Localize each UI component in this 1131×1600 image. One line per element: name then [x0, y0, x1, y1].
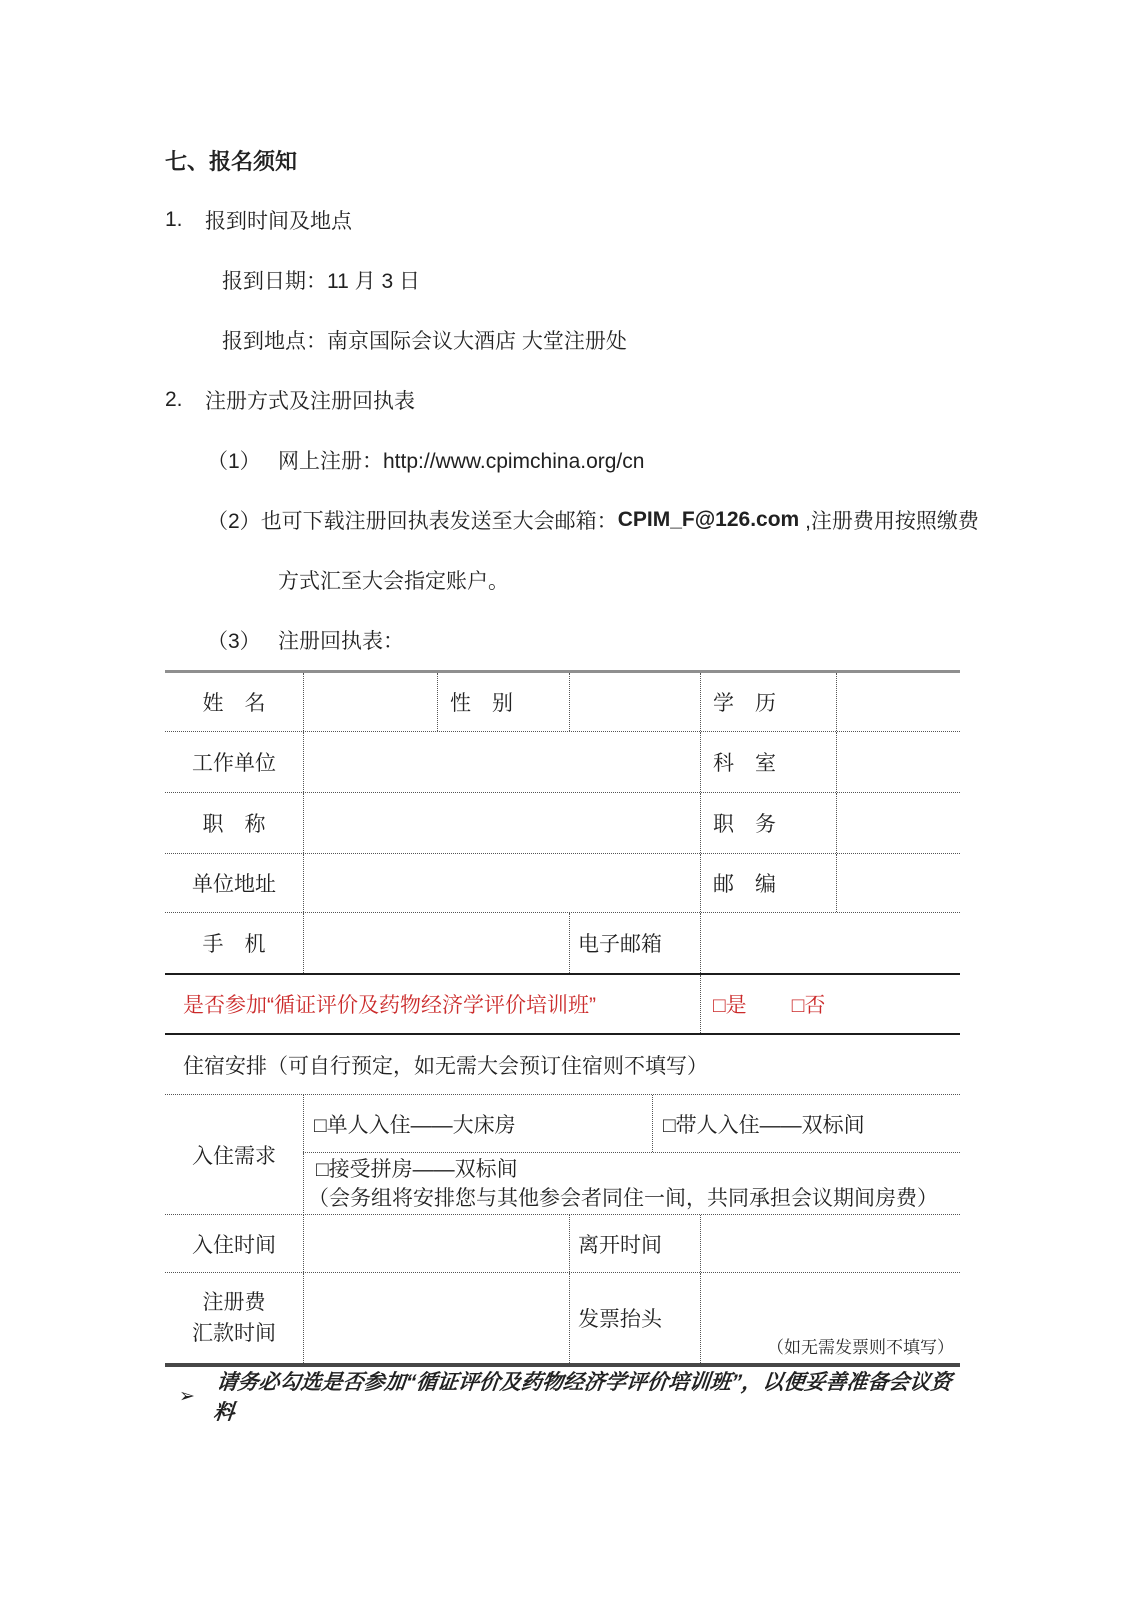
- email-input-cell[interactable]: [700, 913, 960, 973]
- checkout-input-cell[interactable]: [700, 1215, 960, 1272]
- address-input-cell[interactable]: [303, 854, 700, 912]
- zip-input-cell[interactable]: [836, 854, 960, 912]
- table-row-address-zip: 单位地址 邮 编: [165, 854, 960, 913]
- training-yes-checkbox[interactable]: □是: [713, 989, 747, 1019]
- sub-item-1: （1）网上注册：http://www.cpimchina.org/cn: [165, 430, 960, 490]
- checkin-label: 入住时间: [165, 1215, 303, 1272]
- table-row-mobile-email: 手 机 电子邮箱: [165, 913, 960, 975]
- online-registration-url-text: 网上注册：http://www.cpimchina.org/cn: [278, 445, 644, 475]
- address-label: 单位地址: [165, 854, 303, 912]
- mobile-input-cell[interactable]: [303, 913, 569, 973]
- title-label: 职 称: [165, 793, 303, 853]
- gender-label: 性 别: [437, 673, 569, 731]
- document-page: 七、报名须知 1.报到时间及地点 报到日期：11 月 3 日 报到地点：南京国际…: [0, 0, 1131, 1600]
- training-question-text: 是否参加“循证评价及药物经济学评价培训班”: [165, 975, 700, 1033]
- name-label: 姓 名: [165, 673, 303, 731]
- double-room-checkbox[interactable]: □带人入住——双标间: [652, 1095, 960, 1152]
- regfee-label-line2: 汇款时间: [192, 1318, 276, 1349]
- report-date-text: 报到日期：11 月 3 日: [222, 265, 420, 295]
- accommodation-header-text: 住宿安排（可自行预定，如无需大会预订住宿则不填写）: [165, 1035, 960, 1094]
- share-room-note: （会务组将安排您与其他参会者同住一间，共同承担会议期间房费）: [308, 1184, 960, 1213]
- workunit-label: 工作单位: [165, 732, 303, 792]
- position-label: 职 务: [700, 793, 836, 853]
- title-input-cell[interactable]: [303, 793, 700, 853]
- conference-email-text: CPIM_F@126.com: [618, 508, 800, 532]
- regfee-label: 注册费 汇款时间: [165, 1273, 303, 1363]
- stay-need-options: □单人入住——大床房 □带人入住——双标间 □接受拼房——双标间 （会务组将安排…: [303, 1095, 960, 1215]
- sub-item-3-text: 注册回执表：: [278, 625, 404, 655]
- document-content: 七、报名须知 1.报到时间及地点 报到日期：11 月 3 日 报到地点：南京国际…: [0, 0, 960, 1420]
- arrow-bullet-icon: ➢: [179, 1385, 212, 1408]
- workunit-input-cell[interactable]: [303, 732, 700, 792]
- training-choices-cell: □是 □否: [700, 975, 960, 1033]
- gender-input-cell[interactable]: [569, 673, 700, 731]
- share-room-option-cell: □接受拼房——双标间 （会务组将安排您与其他参会者同住一间，共同承担会议期间房费…: [303, 1153, 960, 1215]
- department-input-cell[interactable]: [836, 732, 960, 792]
- list-item-1-text: 报到时间及地点: [205, 205, 352, 235]
- education-label: 学 历: [700, 673, 836, 731]
- list-item-1: 1.报到时间及地点: [165, 190, 960, 250]
- table-row-workunit-department: 工作单位 科 室: [165, 732, 960, 793]
- training-no-checkbox[interactable]: □否: [792, 989, 826, 1019]
- invoice-input-cell[interactable]: （如无需发票则不填写）: [700, 1273, 960, 1363]
- sub-item-2-prefix: 也可下载注册回执表发送至大会邮箱：: [261, 505, 618, 535]
- checkout-label: 离开时间: [569, 1215, 700, 1272]
- list-item-2-marker: 2.: [165, 388, 205, 412]
- table-row-name-gender-education: 姓 名 性 别 学 历: [165, 673, 960, 732]
- footer-reminder: ➢ 请务必勾选是否参加“循证评价及药物经济学评价培训班”，以便妥善准备会议资料: [165, 1372, 960, 1420]
- footer-reminder-text: 请务必勾选是否参加“循证评价及药物经济学评价培训班”，以便妥善准备会议资料: [212, 1366, 967, 1426]
- regfee-label-line1: 注册费: [203, 1287, 266, 1318]
- section-heading-text: 七、报名须知: [165, 145, 297, 176]
- sub-item-1-marker: （1）: [207, 445, 278, 475]
- list-item-2-text: 注册方式及注册回执表: [205, 385, 415, 415]
- zip-label: 邮 编: [700, 854, 836, 912]
- report-date-line: 报到日期：11 月 3 日: [165, 250, 960, 310]
- report-place-text: 报到地点：南京国际会议大酒店 大堂注册处: [222, 325, 627, 355]
- email-label: 电子邮箱: [569, 913, 700, 973]
- education-input-cell[interactable]: [836, 673, 960, 731]
- sub-item-3: （3）注册回执表：: [165, 610, 960, 670]
- sub-item-3-marker: （3）: [207, 625, 278, 655]
- stay-need-label: 入住需求: [165, 1095, 303, 1215]
- invoice-note-text: （如无需发票则不填写）: [767, 1333, 954, 1358]
- list-item-2: 2.注册方式及注册回执表: [165, 370, 960, 430]
- table-row-stay-need: 入住需求 □单人入住——大床房 □带人入住——双标间 □接受拼房——双标间 （会…: [165, 1095, 960, 1215]
- regfee-input-cell[interactable]: [303, 1273, 569, 1363]
- department-label: 科 室: [700, 732, 836, 792]
- table-row-title-position: 职 称 职 务: [165, 793, 960, 854]
- table-row-checkin-checkout: 入住时间 离开时间: [165, 1215, 960, 1273]
- name-input-cell[interactable]: [303, 673, 437, 731]
- report-place-line: 报到地点：南京国际会议大酒店 大堂注册处: [165, 310, 960, 370]
- share-room-checkbox[interactable]: □接受拼房——双标间: [308, 1155, 960, 1184]
- mobile-label: 手 机: [165, 913, 303, 973]
- sub-item-2-line2-text: 方式汇至大会指定账户。: [278, 565, 509, 595]
- table-row-accommodation-header: 住宿安排（可自行预定，如无需大会预订住宿则不填写）: [165, 1035, 960, 1095]
- position-input-cell[interactable]: [836, 793, 960, 853]
- sub-item-2-suffix: ,注册费用按照缴费: [799, 505, 979, 535]
- sub-item-2-continuation: 方式汇至大会指定账户。: [165, 550, 960, 610]
- section-heading: 七、报名须知: [165, 130, 960, 190]
- checkin-input-cell[interactable]: [303, 1215, 569, 1272]
- single-room-checkbox[interactable]: □单人入住——大床房: [303, 1095, 652, 1152]
- invoice-label: 发票抬头: [569, 1273, 700, 1363]
- table-row-training-question: 是否参加“循证评价及药物经济学评价培训班” □是 □否: [165, 975, 960, 1035]
- table-row-regfee-invoice: 注册费 汇款时间 发票抬头 （如无需发票则不填写）: [165, 1273, 960, 1363]
- sub-item-2-marker: （2）: [207, 505, 261, 535]
- list-item-1-marker: 1.: [165, 208, 205, 232]
- sub-item-2: （2）也可下载注册回执表发送至大会邮箱：CPIM_F@126.com ,注册费用…: [165, 490, 960, 550]
- stay-need-options-top: □单人入住——大床房 □带人入住——双标间: [303, 1095, 960, 1153]
- registration-form-table: 姓 名 性 别 学 历 工作单位 科 室 职 称 职 务 单位地址: [165, 670, 960, 1367]
